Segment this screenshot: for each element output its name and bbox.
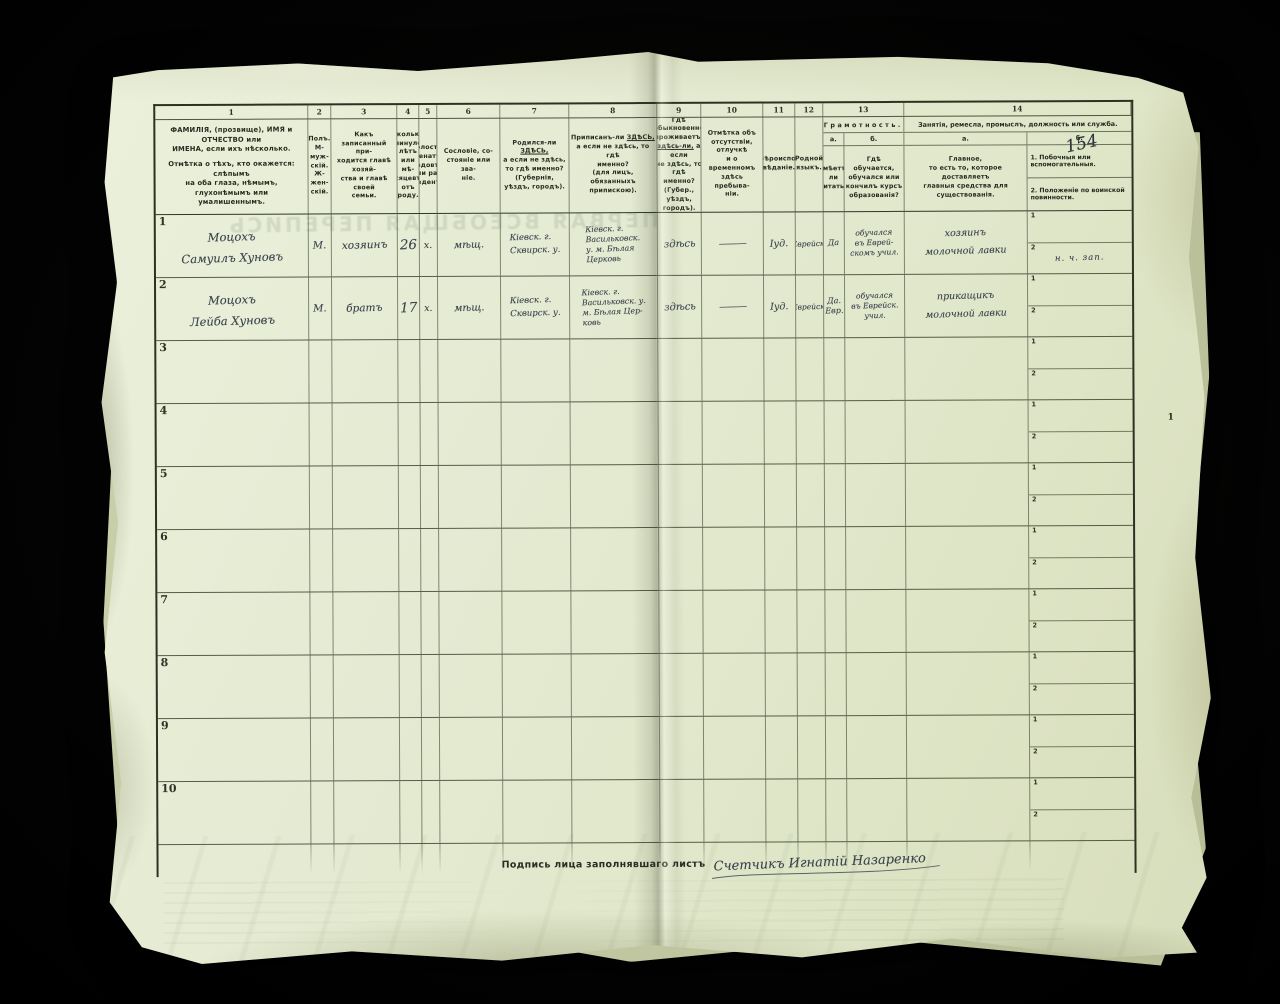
signature-label: Подпись лица заполнявшаго листъ [502, 859, 706, 871]
subcell-label: 2 [1031, 369, 1036, 377]
cell-secondary-occupation: 1 2 [1030, 652, 1134, 714]
cell-marital [422, 655, 440, 717]
subcell-label: 1 [1031, 211, 1036, 219]
header-letter-a: а. [823, 133, 844, 145]
col-number: 10 [701, 104, 763, 117]
col-number: 5 [419, 105, 437, 118]
cell-language [796, 338, 824, 400]
secondary-subcell-1: 1 [1028, 337, 1132, 369]
cell-language [798, 779, 826, 841]
header-col-age: Сколько минуло лѣтъ или мѣ- сяцевъ отъ р… [397, 119, 419, 213]
cell-religion: Іуд. [764, 212, 796, 274]
cell-absence [704, 780, 766, 842]
handwritten-name [156, 368, 308, 377]
sheet-wrapper: ПЕРВАЯ ВСЕОБЩАЯ ПЕРЕПИСЬ 1 2 3 4 5 6 7 8… [0, 0, 1280, 1004]
cell-occupation [906, 589, 1029, 652]
cell-secondary-occupation: 1 2 [1029, 463, 1133, 525]
subcell-label: 1 [1033, 715, 1038, 723]
cell-marital [422, 781, 440, 843]
subcell-label: 2 [1032, 432, 1037, 440]
cell-registered [571, 402, 659, 464]
cell-marital: х. [420, 277, 438, 339]
cell-language [797, 527, 825, 589]
cell-religion [765, 464, 797, 526]
cell-birthplace [502, 591, 571, 653]
cell-registered: Кіевск. г. Васильковск. у. м. Бѣлая Цер-… [570, 276, 658, 338]
row-number: 3 [159, 341, 167, 354]
cell-marital [421, 466, 439, 528]
cell-residence [660, 654, 704, 716]
cell-registered [572, 780, 660, 842]
cell-estate [440, 718, 503, 780]
header-col-language: Родной языкъ. [795, 117, 823, 211]
cell-secondary-occupation: 1 2 [1029, 526, 1133, 588]
subcell-label: 1 [1032, 589, 1037, 597]
cell-residence [660, 717, 704, 779]
subcell-label: 2 [1032, 621, 1037, 629]
cell-education [846, 590, 906, 652]
handwritten-name [157, 431, 309, 440]
header-col-relation: Какъ записанный при- ходится главѣ хозяй… [331, 119, 397, 213]
cell-registered [572, 654, 660, 716]
cell-marital [421, 529, 439, 591]
cell-relation: братъ [332, 277, 398, 339]
secondary-subcell-2: 2 [1029, 557, 1133, 588]
cell-occupation [905, 337, 1028, 400]
header-occupation-title: Занятія, ремесла, промыслъ, должность ил… [904, 116, 1131, 133]
cell-sex: М. [309, 277, 332, 339]
header-name-main: ФАМИЛІЯ, (прозвище), ИМЯ и ОТЧЕСТВО или … [161, 126, 301, 155]
cell-registered [570, 339, 658, 401]
cell-religion [765, 590, 797, 652]
cell-secondary-occupation: 1 2 [1029, 400, 1133, 462]
table-row: 6 1 2 [157, 526, 1133, 593]
header-col-registered: Приписанъ-ли ЗДѢСЬ, а если не здѣсь, то … [569, 118, 657, 212]
col-number: 6 [437, 105, 500, 118]
cell-education [845, 338, 905, 400]
cell-relation [333, 403, 399, 465]
row-number: 6 [160, 530, 168, 543]
subcell-label: 1 [1032, 463, 1037, 471]
cell-occupation: хозяинъ молочной лавки [905, 211, 1028, 274]
cell-absence: ——— [702, 213, 764, 275]
secondary-subcell-2: 2 [1030, 746, 1134, 777]
cell-occupation: прикащикъ молочной лавки [905, 274, 1028, 337]
cell-name: 8 [158, 655, 311, 718]
cell-name: 10 [158, 781, 311, 844]
cell-name: 2Моцохъ Лейба Хуновъ [156, 277, 309, 340]
cell-age [399, 529, 421, 591]
cell-occupation [906, 463, 1029, 526]
col-number: 2 [308, 105, 331, 118]
cell-literacy [826, 716, 847, 778]
cell-birthplace [503, 780, 572, 842]
margin-pencil-mark: 1 [1168, 413, 1174, 423]
cell-sex [311, 781, 334, 843]
header-col-birthplace: Родился-ли ЗДѢСЬ, а если не здѣсь, то гд… [500, 118, 569, 212]
table-row: 3 1 2 [156, 337, 1132, 404]
handwritten-name: Моцохъ Лейба Хуновъ [156, 284, 309, 334]
col-number: 11 [763, 103, 795, 116]
row-number: 5 [160, 467, 168, 480]
cell-education [846, 527, 906, 589]
secondary-subcell-1: 1 [1030, 715, 1134, 747]
cell-absence [702, 339, 764, 401]
cell-estate [439, 529, 502, 591]
cell-estate [440, 781, 503, 843]
subcell-label: 1 [1033, 652, 1038, 660]
cell-relation [333, 592, 399, 654]
header-col-education: Гдѣ обучается, обучался или кончилъ курс… [844, 146, 904, 211]
cell-literacy: Да. Евр. [824, 275, 845, 337]
handwritten-name [158, 683, 310, 692]
cell-registered [572, 717, 660, 779]
signature-handwriting: Счетчикъ Игнатій Назаренко [713, 851, 926, 874]
col-number: 8 [569, 104, 657, 117]
cell-language [797, 401, 825, 463]
cell-language [797, 464, 825, 526]
handwritten-name [157, 557, 309, 566]
cell-name: 4 [157, 403, 310, 466]
photo-stage: ПЕРВАЯ ВСЕОБЩАЯ ПЕРЕПИСЬ 1 2 3 4 5 6 7 8… [0, 0, 1280, 1004]
cell-literacy [825, 464, 846, 526]
secondary-subcell-2: 2 [1030, 809, 1134, 840]
cell-relation [334, 655, 400, 717]
cell-sex: М. [309, 214, 332, 276]
cell-literacy [825, 590, 846, 652]
table-row: 8 1 2 [158, 652, 1134, 719]
cell-relation [333, 529, 399, 591]
secondary-subcell-1: 1 [1028, 211, 1132, 243]
subcell-label: 2 [1033, 747, 1038, 755]
subcell-label: 1 [1031, 337, 1036, 345]
subcell-label: 2 [1031, 243, 1036, 251]
cell-sex [310, 466, 333, 528]
cell-age [399, 466, 421, 528]
cell-residence [659, 402, 703, 464]
cell-name: 6 [157, 529, 310, 592]
cell-age [400, 781, 422, 843]
cell-age [399, 403, 421, 465]
header-col-literacy-group: Грамотность. а. б. Умѣетъ- ли читать? Гд… [823, 117, 904, 211]
row-number: 4 [160, 404, 168, 417]
cell-literacy [826, 779, 847, 841]
cell-absence [704, 654, 766, 716]
subcell-label: 1 [1032, 400, 1037, 408]
cell-residence [659, 465, 703, 527]
cell-absence [703, 528, 765, 590]
cell-secondary-occupation: 1 2н. ч. зап. [1028, 211, 1132, 273]
col-number: 13 [823, 103, 904, 116]
cell-education [846, 401, 906, 463]
col-number: 7 [500, 104, 569, 117]
table-row: 2Моцохъ Лейба Хуновъ М. братъ 17 х. мѣщ.… [156, 274, 1132, 341]
cell-age [400, 718, 422, 780]
cell-birthplace [502, 465, 571, 527]
cell-religion [765, 527, 797, 589]
cell-occupation [907, 778, 1030, 841]
cell-religion [766, 779, 798, 841]
cell-age: 26 [398, 214, 420, 276]
table-row: 4 1 2 [157, 400, 1133, 467]
header-col-occupation-group: Занятія, ремесла, промыслъ, должность ил… [904, 116, 1131, 211]
cell-sex [311, 718, 334, 780]
handwritten-name [157, 620, 309, 629]
cell-age: 17 [398, 277, 420, 339]
secondary-subcell-1: 1 [1029, 463, 1133, 495]
census-sheet: ПЕРВАЯ ВСЕОБЩАЯ ПЕРЕПИСЬ 1 2 3 4 5 6 7 8… [90, 50, 1216, 967]
secondary-subcell-2: 2 [1028, 368, 1132, 399]
signature-line: Подпись лица заполнявшаго листъ Счетчикъ… [502, 855, 926, 872]
cell-absence [703, 591, 765, 653]
header-col-sex: Полъ. М-муж- скій. Ж-жен- скій. [308, 119, 331, 213]
cell-name: 5 [157, 466, 310, 529]
header-col-religion: Вѣроиспо- вѣданіе. [763, 117, 795, 211]
cell-residence: здѣсь [658, 276, 702, 338]
cell-marital [420, 340, 438, 402]
cell-estate [439, 403, 502, 465]
header-row: ФАМИЛІЯ, (прозвище), ИМЯ и ОТЧЕСТВО или … [155, 116, 1131, 215]
secondary-subcell-1: 1 [1029, 589, 1133, 621]
header-col-residence: Гдѣ обыкновенно проживаетъ: здѣсь-ли, а … [657, 118, 701, 212]
cell-marital: х. [420, 214, 438, 276]
cell-absence [703, 465, 765, 527]
cell-language [797, 590, 825, 652]
cell-secondary-occupation: 1 2 [1029, 589, 1133, 651]
cell-literacy [825, 527, 846, 589]
subcell-label: 2 [1031, 306, 1036, 314]
cell-relation [332, 340, 398, 402]
cell-language: Еврейск. [796, 275, 824, 337]
cell-education [847, 779, 907, 841]
cell-religion [765, 401, 797, 463]
cell-occupation [907, 715, 1030, 778]
subcell-label: 1 [1033, 778, 1038, 786]
header-name-note: Отмѣтка о тѣхъ, кто окажется: слѣпымъ на… [161, 160, 301, 208]
col-number: 3 [331, 105, 397, 118]
cell-education [847, 653, 907, 715]
cell-registered [571, 591, 659, 653]
cell-secondary-occupation: 1 2 [1030, 778, 1134, 840]
cell-age [398, 340, 420, 402]
col-number: 1 [155, 106, 308, 120]
secondary-subcell-1: 1 [1029, 400, 1133, 432]
secondary-subcell-1: 1 [1030, 652, 1134, 684]
cell-education [846, 464, 906, 526]
table-row: 7 1 2 [157, 589, 1133, 656]
cell-marital [421, 592, 439, 654]
cell-residence [660, 780, 704, 842]
cell-absence [704, 717, 766, 779]
cell-sex [310, 403, 333, 465]
header-secondary-2: 2. Положеніе по воинской повинности. [1028, 178, 1132, 210]
header-col-estate: Сословіе, со- стояніе или зва- ніе. [437, 119, 500, 213]
cell-secondary-occupation: 1 2 [1028, 274, 1132, 336]
header-literacy-title: Грамотность. [823, 117, 903, 133]
cell-residence [659, 591, 703, 653]
census-table: 1 2 3 4 5 6 7 8 9 10 11 12 13 14 [153, 100, 1136, 877]
cell-name: 3 [156, 340, 309, 403]
cell-religion: Іуд. [764, 275, 796, 337]
cell-birthplace [503, 654, 572, 716]
handwritten-name [157, 494, 309, 503]
subcell-label: 2 [1033, 684, 1038, 692]
handwritten-name: Моцохъ Самуилъ Хуновъ [156, 221, 309, 271]
cell-estate [439, 466, 502, 528]
secondary-subcell-1: 1 [1030, 778, 1134, 810]
cell-name: 9 [158, 718, 311, 781]
header-col-absence: Отмѣтка объ отсутствіи, отлучкѣ и о врем… [701, 118, 763, 212]
cell-registered [571, 528, 659, 590]
cell-birthplace: Кіевск. г. Сквирск. у. [501, 213, 570, 275]
secondary-subcell-1: 1 [1029, 526, 1133, 558]
cell-estate [440, 655, 503, 717]
cell-relation [333, 466, 399, 528]
cell-age [400, 655, 422, 717]
table-row: 9 1 2 [158, 715, 1134, 782]
cell-language: Еврейск. [796, 212, 824, 274]
cell-occupation [906, 400, 1029, 463]
cell-name: 1Моцохъ Самуилъ Хуновъ [156, 214, 309, 277]
subcell-label: 2 [1032, 558, 1037, 566]
cell-sex [310, 529, 333, 591]
col-number: 9 [657, 104, 701, 117]
cell-registered [571, 465, 659, 527]
secondary-subcell-2: 2 [1029, 431, 1133, 462]
cell-religion [764, 338, 796, 400]
subcell-label: 1 [1032, 526, 1037, 534]
bleedthrough-lines [164, 878, 1064, 944]
table-row: 10 1 2 [158, 778, 1134, 845]
cell-sex [311, 655, 334, 717]
table-row: 1Моцохъ Самуилъ Хуновъ М. хозяинъ 26 х. … [156, 211, 1132, 278]
cell-absence: ——— [702, 276, 764, 338]
cell-religion [766, 653, 798, 715]
cell-birthplace [502, 528, 571, 590]
header-letter-a: а. [904, 132, 1027, 145]
cell-language [798, 653, 826, 715]
cell-literacy [826, 653, 847, 715]
subcell-label: 2 [1033, 810, 1038, 818]
cell-occupation [907, 652, 1030, 715]
cell-marital [421, 403, 439, 465]
header-col-name: ФАМИЛІЯ, (прозвище), ИМЯ и ОТЧЕСТВО или … [155, 120, 308, 215]
cell-education: обучался въ Еврейск. учил. [845, 275, 905, 337]
row-number: 9 [161, 719, 169, 732]
cell-relation [334, 718, 400, 780]
cell-religion [766, 716, 798, 778]
cell-residence [659, 528, 703, 590]
secondary-subcell-2: 2н. ч. зап. [1028, 242, 1132, 273]
header-col-main-occupation: Главное, то есть то, которое доставляетъ… [904, 145, 1027, 211]
cell-estate [439, 592, 502, 654]
secondary-subcell-1: 1 [1028, 274, 1132, 306]
col-number: 12 [795, 103, 823, 116]
table-row: 5 1 2 [157, 463, 1133, 530]
cell-estate: мѣщ. [438, 214, 501, 276]
cell-secondary-occupation: 1 2 [1028, 337, 1132, 399]
col-number: 14 [904, 102, 1131, 116]
cell-education: обучался въ Еврей- скомъ учил. [845, 212, 905, 274]
cell-relation [334, 781, 400, 843]
secondary-subcell-2: 2 [1028, 305, 1132, 336]
secondary-subcell-2: 2 [1029, 494, 1133, 525]
cell-absence [703, 402, 765, 464]
secondary-subcell-2: 2 [1029, 620, 1133, 651]
header-col-marital: Холостъ, женатъ, вдовъ или раз- веденъ. [419, 119, 437, 213]
cell-residence [658, 339, 702, 401]
cell-literacy [824, 338, 845, 400]
table-body: 1Моцохъ Самуилъ Хуновъ М. хозяинъ 26 х. … [156, 211, 1135, 845]
row-number: 7 [160, 593, 168, 606]
cell-birthplace [503, 717, 572, 779]
col-number: 4 [397, 105, 419, 118]
subcell-label: 1 [1031, 274, 1036, 282]
cell-occupation [906, 526, 1029, 589]
cell-marital [422, 718, 440, 780]
handwritten-name [158, 746, 310, 755]
cell-secondary-occupation: 1 2 [1030, 715, 1134, 777]
header-letter-b: б. [844, 133, 903, 145]
cell-language [798, 716, 826, 778]
cell-sex [310, 592, 333, 654]
cell-registered: Кіевск. г. Васильковск. у. м. Бѣлая Церк… [570, 213, 658, 275]
cell-education [847, 716, 907, 778]
header-col-reads: Умѣетъ- ли читать? [823, 146, 844, 211]
handwritten-name [158, 809, 310, 818]
row-number: 8 [161, 656, 169, 669]
cell-sex [309, 340, 332, 402]
cell-age [399, 592, 421, 654]
cell-birthplace [501, 339, 570, 401]
cell-residence: здѣсь [658, 213, 702, 275]
cell-name: 7 [157, 592, 310, 655]
cell-birthplace: Кіевск. г. Сквирск. у. [501, 276, 570, 338]
subcell-label: 2 [1032, 495, 1037, 503]
cell-birthplace [502, 402, 571, 464]
cell-literacy [825, 401, 846, 463]
cell-estate: мѣщ. [438, 277, 501, 339]
row-number: 10 [161, 782, 176, 795]
cell-estate [438, 340, 501, 402]
cell-relation: хозяинъ [332, 214, 398, 276]
secondary-subcell-2: 2 [1030, 683, 1134, 714]
cell-literacy: Да [824, 212, 845, 274]
